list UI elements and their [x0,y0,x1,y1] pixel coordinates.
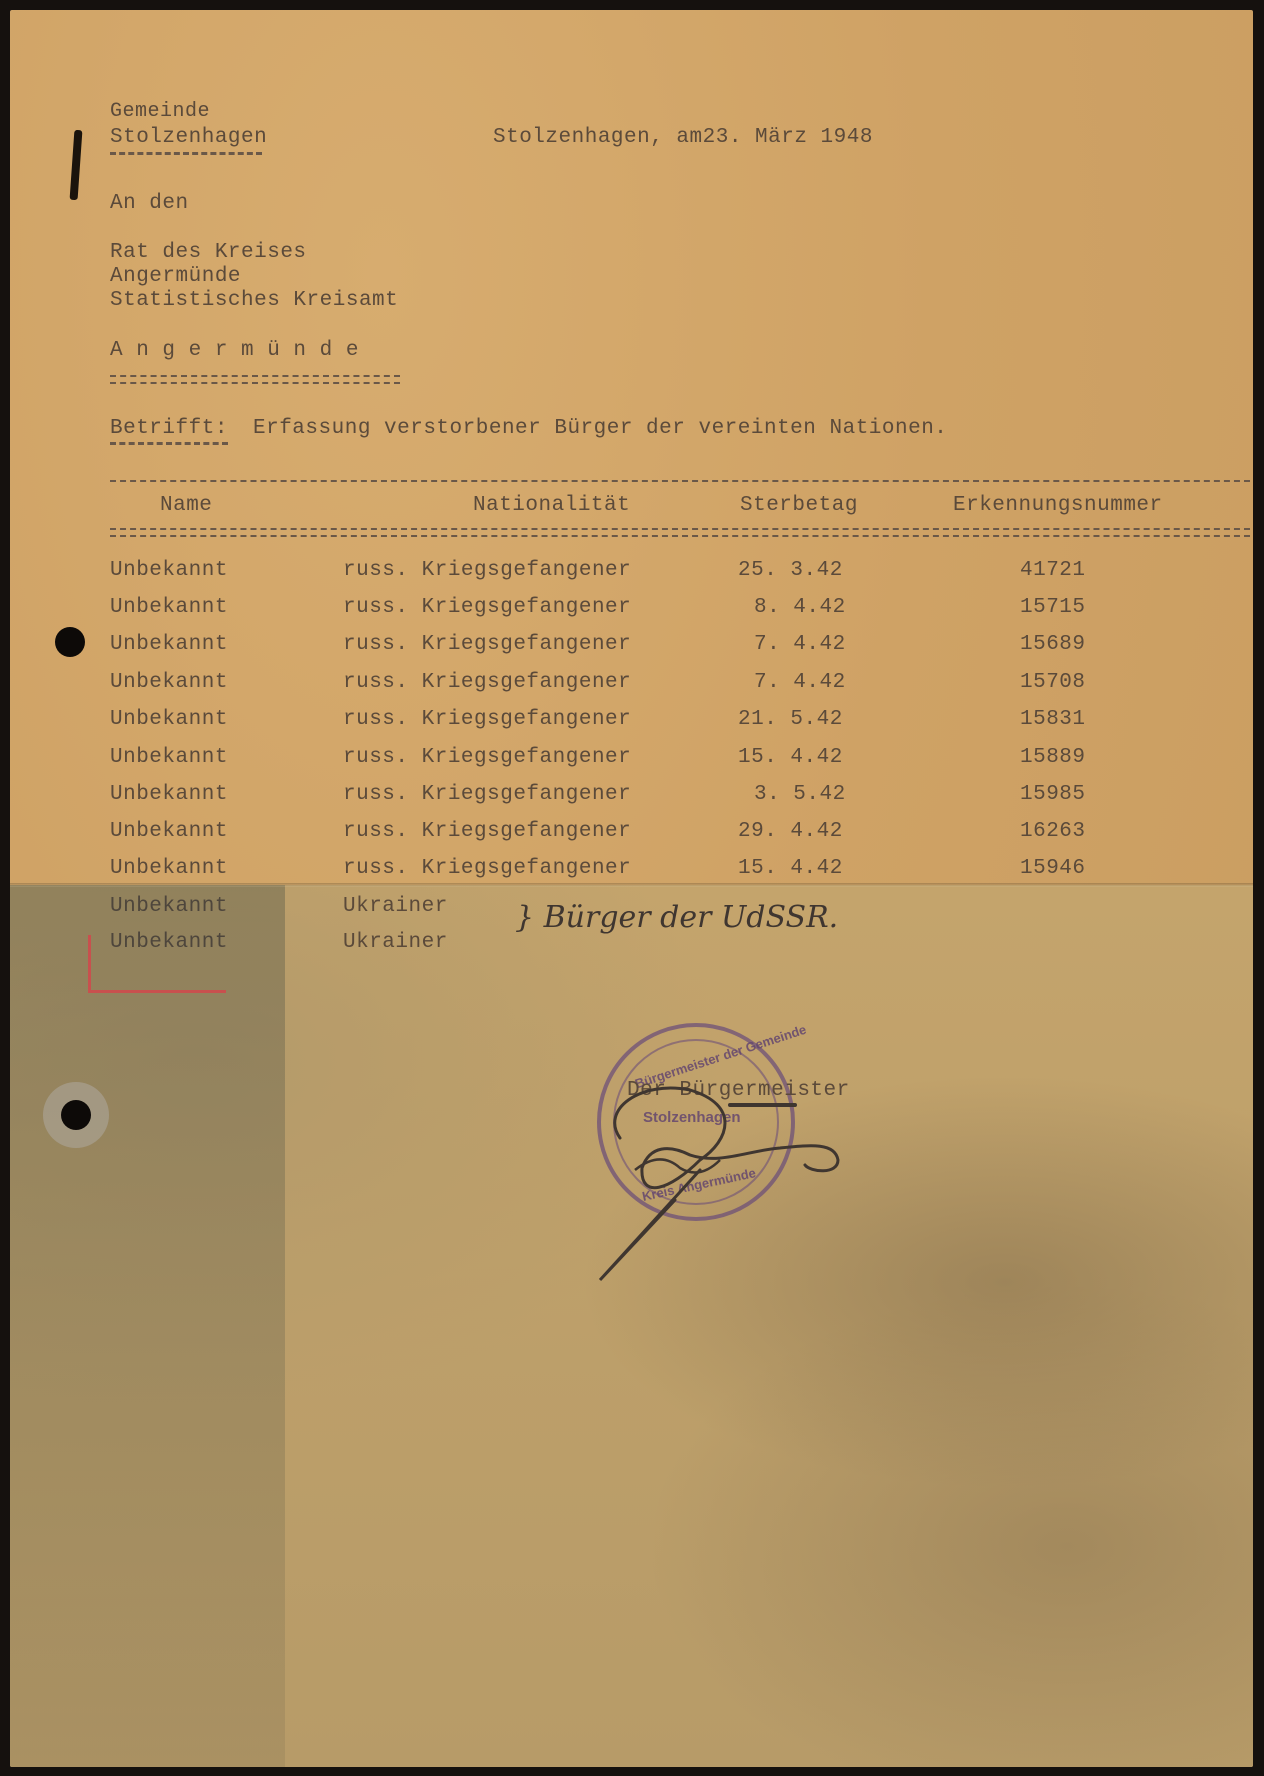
signature-icon [580,1050,860,1300]
header-name: Name [160,495,212,516]
row-1-id: 41721 [1020,560,1086,581]
row-2-name: Unbekannt [110,597,228,618]
punch-hole-lower [61,1100,91,1130]
row-6-death-date: 15. 4.42 [738,747,843,768]
row-6-name: Unbekannt [110,747,228,768]
row-9-name: Unbekannt [110,858,228,879]
row-10-name: Unbekannt [110,896,228,917]
row-4-nationality: russ. Kriegsgefangener [343,672,631,693]
row-7-death-date: 3. 5.42 [754,784,846,805]
red-pencil-mark [88,935,226,993]
row-1-name: Unbekannt [110,560,228,581]
row-7-nationality: russ. Kriegsgefangener [343,784,631,805]
row-7-id: 15985 [1020,784,1086,805]
row-2-id: 15715 [1020,597,1086,618]
row-8-nationality: russ. Kriegsgefangener [343,821,631,842]
row-8-id: 16263 [1020,821,1086,842]
row-8-death-date: 29. 4.42 [738,821,843,842]
place-date: Stolzenhagen, am23. März 1948 [493,127,873,148]
row-3-death-date: 7. 4.42 [754,634,846,655]
row-1-nationality: russ. Kriegsgefangener [343,560,631,581]
row-9-id: 15946 [1020,858,1086,879]
header-nationality: Nationalität [473,495,630,516]
city-double-underline [110,375,400,384]
table-top-rule [110,480,1250,482]
row-7-name: Unbekannt [110,784,228,805]
row-8-name: Unbekannt [110,821,228,842]
fold-line [10,883,1253,887]
stain-patch [10,885,285,1767]
subject-label: Betrifft: [110,418,228,439]
recipient-city: A n g e r m ü n d e [110,340,359,361]
row-9-nationality: russ. Kriegsgefangener [343,858,631,879]
sender-line-2: Stolzenhagen [110,127,267,148]
row-10-nationality: Ukrainer [343,896,448,917]
row-4-name: Unbekannt [110,672,228,693]
sender-line-1: Gemeinde [110,102,210,122]
row-3-id: 15689 [1020,634,1086,655]
recipient-line-2: Angermünde [110,266,241,287]
row-4-id: 15708 [1020,672,1086,693]
recipient-line-1: Rat des Kreises [110,242,307,263]
row-4-death-date: 7. 4.42 [754,672,846,693]
subject-underline [110,442,228,445]
row-5-id: 15831 [1020,709,1086,730]
subject-text: Erfassung verstorbener Bürger der verein… [253,418,947,439]
row-5-death-date: 21. 5.42 [738,709,843,730]
row-6-nationality: russ. Kriegsgefangener [343,747,631,768]
salutation: An den [110,193,189,214]
row-1-death-date: 25. 3.42 [738,560,843,581]
document-page: Gemeinde Stolzenhagen Stolzenhagen, am23… [10,10,1253,1767]
row-2-nationality: russ. Kriegsgefangener [343,597,631,618]
row-5-name: Unbekannt [110,709,228,730]
header-death-date: Sterbetag [740,495,858,516]
row-5-nationality: russ. Kriegsgefangener [343,709,631,730]
row-6-id: 15889 [1020,747,1086,768]
row-3-name: Unbekannt [110,634,228,655]
row-3-nationality: russ. Kriegsgefangener [343,634,631,655]
sender-underline [110,152,262,155]
row-9-death-date: 15. 4.42 [738,858,843,879]
punch-hole-upper [55,627,85,657]
tear-mark [70,130,83,200]
header-id-number: Erkennungsnummer [953,495,1163,516]
row-11-nationality: Ukrainer [343,932,448,953]
handwritten-note: } Bürger der UdSSR. [515,900,838,935]
row-2-death-date: 8. 4.42 [754,597,846,618]
header-double-rule [110,528,1250,537]
recipient-line-3: Statistisches Kreisamt [110,290,398,311]
